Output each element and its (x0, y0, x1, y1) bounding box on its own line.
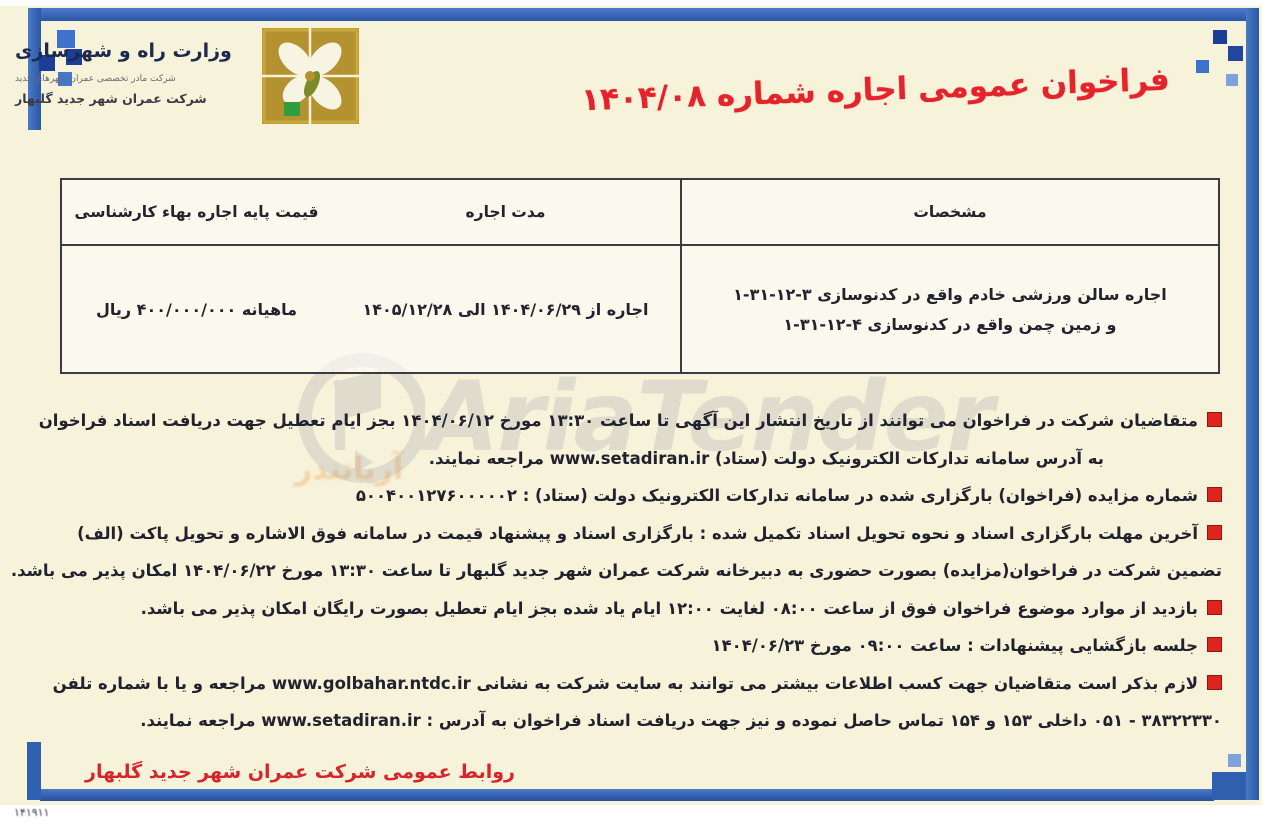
specs-line-1: اجاره سالن ورزشی خادم واقع در کدنوسازی ۳… (733, 285, 1167, 304)
frame-top-bar (28, 8, 1258, 21)
printed-content: وزارت راه و شهرسازی شرکت مادر تخصصی عمرا… (0, 0, 1285, 830)
line-text: ۳۸۳۲۲۳۳۰ - ۰۵۱ داخلی ۱۵۳ و ۱۵۴ تماس حاصل… (140, 711, 1222, 730)
line-text: متقاضیان شرکت در فراخوان می توانند از تا… (39, 411, 1198, 430)
topright-pixel-3 (1196, 60, 1209, 73)
bullet-line: شماره مزایده (فراخوان) بارگزاری شده در س… (57, 477, 1222, 515)
print-code: ۱۴۱۹۱۱ (14, 806, 49, 819)
topright-pixel-4 (1226, 74, 1238, 86)
red-bullet-icon (1207, 637, 1222, 652)
header-specs: مشخصات (682, 180, 1218, 246)
frame-bottom-left-block (27, 742, 41, 800)
company-name: شرکت عمران شهر جدید گلبهار (15, 91, 245, 106)
cell-duration: اجاره از ۱۴۰۴/۰۶/۲۹ الی ۱۴۰۵/۱۲/۲۸ (331, 246, 680, 372)
tender-table: مشخصات اجاره سالن ورزشی خادم واقع در کدن… (60, 178, 1220, 374)
frame-right-bar (1246, 8, 1259, 800)
column-price: قیمت پایه اجاره بهاء کارشناسی ماهیانه ۴۰… (62, 180, 331, 372)
line-text: لازم بذکر است متقاضیان جهت کسب اطلاعات ب… (53, 674, 1198, 693)
red-bullet-icon (1207, 675, 1222, 690)
line-text: تضمین شرکت در فراخوان(مزایده) بصورت حضور… (11, 561, 1222, 580)
scanned-ad-page: AriaTender آریاتندر وزارت راه و شهرسازی … (0, 0, 1285, 830)
column-specs: مشخصات اجاره سالن ورزشی خادم واقع در کدن… (680, 180, 1218, 372)
company-flower-logo-icon (262, 26, 359, 126)
topright-pixel-2 (1228, 46, 1243, 61)
continuation-line: به آدرس سامانه تدارکات الکترونیک دولت (س… (57, 440, 1222, 478)
red-bullet-icon (1207, 525, 1222, 540)
specs-line-2: و زمین چمن واقع در کدنوسازی ۴-۱۲-۳۱-۱ (783, 315, 1116, 334)
continuation-line: ۳۸۳۲۲۳۳۰ - ۰۵۱ داخلی ۱۵۳ و ۱۵۴ تماس حاصل… (57, 702, 1222, 740)
bullet-line: متقاضیان شرکت در فراخوان می توانند از تا… (57, 402, 1222, 440)
line-text: به آدرس سامانه تدارکات الکترونیک دولت (س… (429, 449, 1104, 468)
red-bullet-icon (1207, 600, 1222, 615)
ministry-subtitle: شرکت مادر تخصصی عمران شهرهای جدید (15, 74, 245, 84)
announcement-body: متقاضیان شرکت در فراخوان می توانند از تا… (57, 402, 1222, 740)
topright-pixel-1 (1213, 30, 1227, 44)
header-price: قیمت پایه اجاره بهاء کارشناسی (62, 180, 331, 246)
bullet-line: جلسه بازگشایی پیشنهادات : ساعت ۰۹:۰۰ مور… (57, 627, 1222, 665)
bullet-line: لازم بذکر است متقاضیان جهت کسب اطلاعات ب… (57, 665, 1222, 703)
cell-specs: اجاره سالن ورزشی خادم واقع در کدنوسازی ۳… (682, 246, 1218, 372)
line-text: آخرین مهلت بارگزاری اسناد و نحوه تحویل ا… (77, 524, 1198, 543)
line-text: جلسه بازگشایی پیشنهادات : ساعت ۰۹:۰۰ مور… (712, 636, 1198, 655)
column-duration: مدت اجاره اجاره از ۱۴۰۴/۰۶/۲۹ الی ۱۴۰۵/۱… (331, 180, 680, 372)
frame-bottom-bar (40, 789, 1214, 801)
ministry-block: وزارت راه و شهرسازی شرکت مادر تخصصی عمرا… (15, 40, 245, 106)
page-title: فراخوان عمومی اجاره شماره ۱۴۰۴/۰۸ (581, 62, 1171, 119)
line-text: شماره مزایده (فراخوان) بارگزاری شده در س… (356, 486, 1198, 505)
frame-bottom-right-pixel (1228, 754, 1241, 767)
public-relations-footer: روابط عمومی شرکت عمران شهر جدید گلبهار (85, 761, 515, 783)
bullet-line: آخرین مهلت بارگزاری اسناد و نحوه تحویل ا… (57, 515, 1222, 553)
frame-bottom-right-step (1212, 772, 1246, 800)
ministry-title: وزارت راه و شهرسازی (15, 40, 245, 62)
red-bullet-icon (1207, 412, 1222, 427)
bullet-line: بازدید از موارد موضوع فراخوان فوق از ساع… (57, 590, 1222, 628)
continuation-line: تضمین شرکت در فراخوان(مزایده) بصورت حضور… (57, 552, 1222, 590)
header-duration: مدت اجاره (331, 180, 680, 246)
red-bullet-icon (1207, 487, 1222, 502)
line-text: بازدید از موارد موضوع فراخوان فوق از ساع… (141, 599, 1198, 618)
cell-price: ماهیانه ۴۰۰/۰۰۰/۰۰۰ ریال (62, 246, 331, 372)
